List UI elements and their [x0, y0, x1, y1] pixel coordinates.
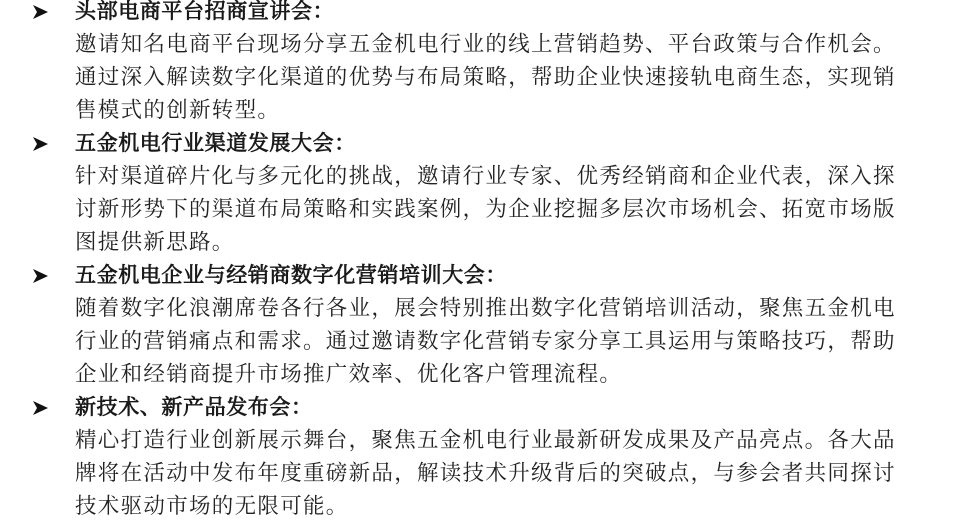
arrowhead-bullet-icon — [30, 127, 50, 160]
section-digital-marketing-training: 五金机电企业与经销商数字化营销培训大会： 随着数字化浪潮席卷各行各业，展会特别推… — [0, 259, 960, 391]
section-body: 邀请知名电商平台现场分享五金机电行业的线上营销趋势、平台政策与合作机会。 通过深… — [75, 28, 923, 127]
section-channel-conference: 五金机电行业渠道发展大会： 针对渠道碎片化与多元化的挑战，邀请行业专家、优秀经销… — [0, 127, 960, 259]
section-heading: 五金机电企业与经销商数字化营销培训大会： — [75, 259, 507, 292]
body-line: 邀请知名电商平台现场分享五金机电行业的线上营销趋势、平台政策与合作机会。 — [75, 28, 923, 61]
body-line: 售模式的创新转型。 — [75, 94, 923, 127]
section-product-launch: 新技术、新产品发布会： 精心打造行业创新展示舞台，聚焦五金机电行业最新研发成果及… — [0, 391, 960, 523]
section-body: 随着数字化浪潮席卷各行各业，展会特别推出数字化营销培训活动，聚焦五金机电 行业的… — [75, 292, 923, 391]
section-heading-row: 头部电商平台招商宣讲会： — [0, 0, 960, 28]
section-heading: 五金机电行业渠道发展大会： — [75, 127, 356, 160]
body-line: 讨新形势下的渠道布局策略和实践案例，为企业挖掘多层次市场机会、拓宽市场版 — [75, 193, 923, 226]
body-line: 针对渠道碎片化与多元化的挑战，邀请行业专家、优秀经销商和企业代表，深入探 — [75, 160, 923, 193]
body-line: 企业和经销商提升市场推广效率、优化客户管理流程。 — [75, 358, 923, 391]
body-line: 通过深入解读数字化渠道的优势与布局策略，帮助企业快速接轨电商生态，实现销 — [75, 61, 923, 94]
arrowhead-bullet-icon — [30, 0, 50, 28]
section-body: 针对渠道碎片化与多元化的挑战，邀请行业专家、优秀经销商和企业代表，深入探 讨新形… — [75, 160, 923, 259]
section-body: 精心打造行业创新展示舞台，聚焦五金机电行业最新研发成果及产品亮点。各大品 牌将在… — [75, 424, 923, 523]
body-line: 精心打造行业创新展示舞台，聚焦五金机电行业最新研发成果及产品亮点。各大品 — [75, 424, 923, 457]
section-ecommerce-briefing: 头部电商平台招商宣讲会： 邀请知名电商平台现场分享五金机电行业的线上营销趋势、平… — [0, 0, 960, 127]
section-heading-row: 新技术、新产品发布会： — [0, 391, 960, 424]
section-heading: 新技术、新产品发布会： — [75, 391, 313, 424]
body-line: 牌将在活动中发布年度重磅新品，解读技术升级背后的突破点，与参会者共同探讨 — [75, 457, 923, 490]
body-line: 技术驱动市场的无限可能。 — [75, 490, 923, 523]
section-heading-row: 五金机电行业渠道发展大会： — [0, 127, 960, 160]
document-body: 头部电商平台招商宣讲会： 邀请知名电商平台现场分享五金机电行业的线上营销趋势、平… — [0, 0, 960, 523]
body-line: 随着数字化浪潮席卷各行各业，展会特别推出数字化营销培训活动，聚焦五金机电 — [75, 292, 923, 325]
section-heading: 头部电商平台招商宣讲会： — [75, 0, 334, 28]
body-line: 图提供新思路。 — [75, 226, 923, 259]
section-heading-row: 五金机电企业与经销商数字化营销培训大会： — [0, 259, 960, 292]
arrowhead-bullet-icon — [30, 391, 50, 424]
body-line: 行业的营销痛点和需求。通过邀请数字化营销专家分享工具运用与策略技巧，帮助 — [75, 325, 923, 358]
arrowhead-bullet-icon — [30, 259, 50, 292]
